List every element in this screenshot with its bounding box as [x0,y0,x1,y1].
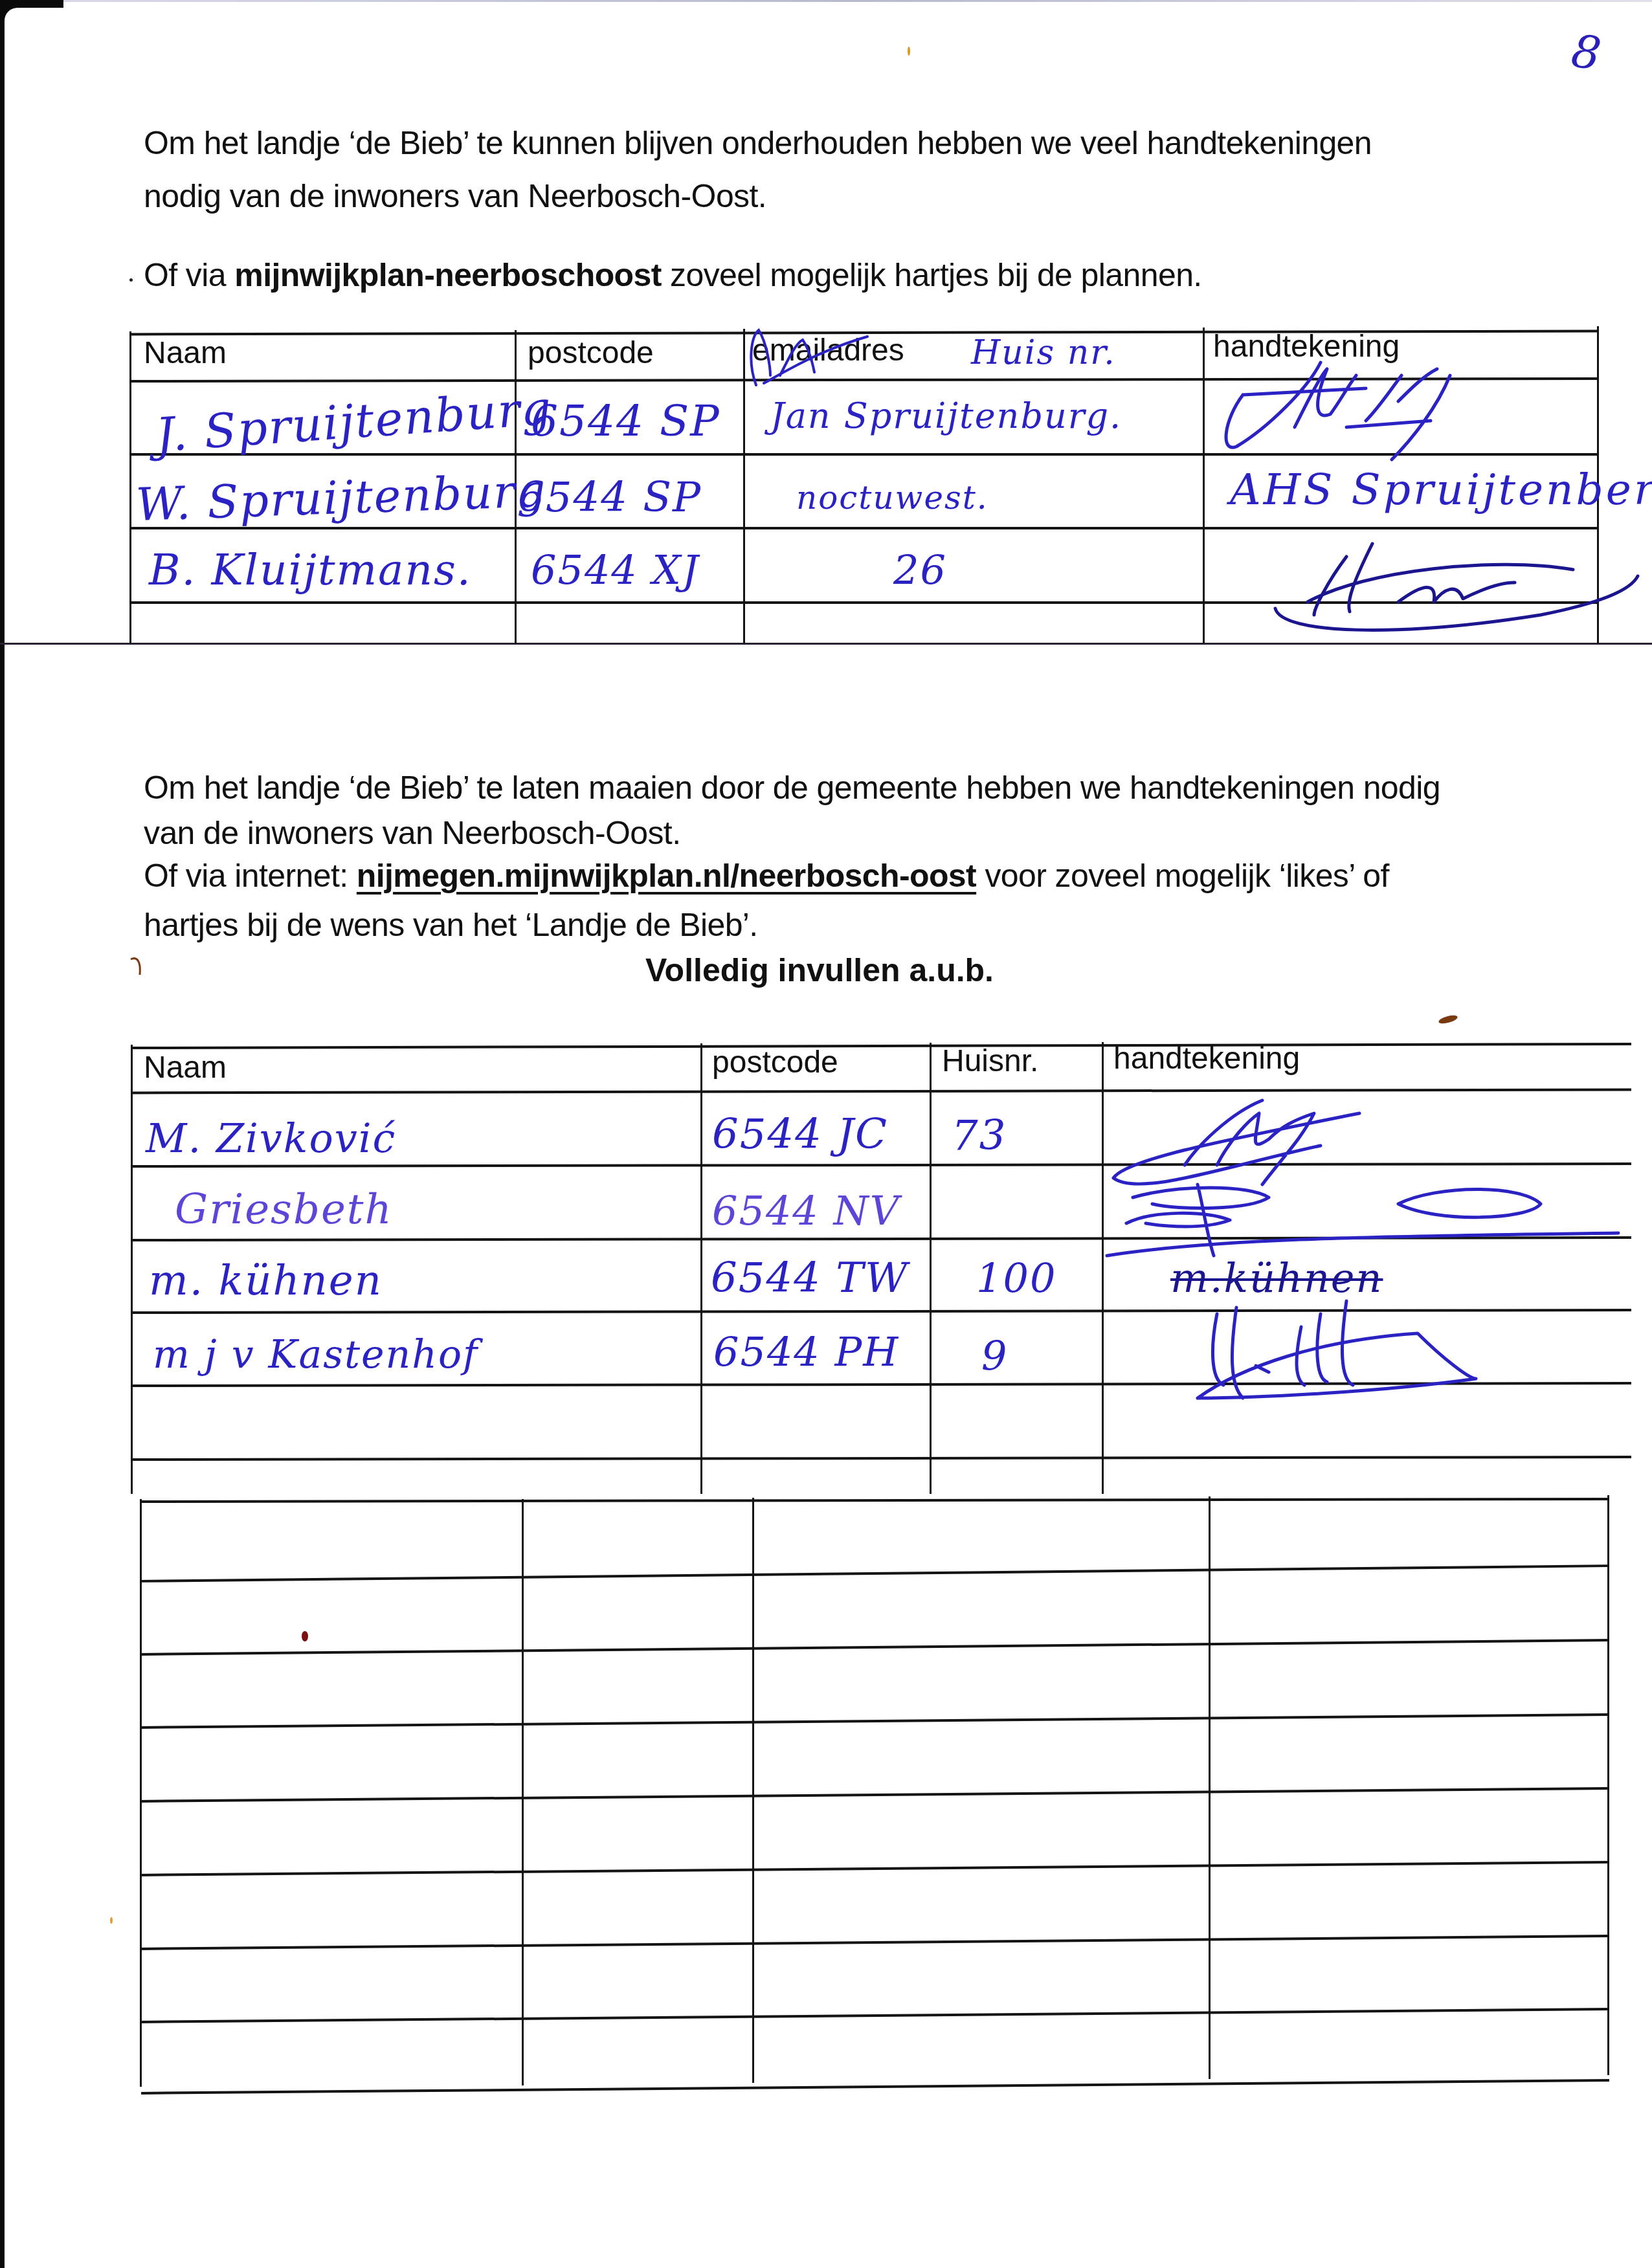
page-number: 8 [1568,24,1605,80]
table1-row3-postcode: 6544 XJ [531,550,700,590]
table1-row2-postcode: 6544 SP [518,478,702,518]
table1-row1-signature [1217,350,1515,479]
scan-speck [908,47,910,56]
table2-row3-name: m. kühnen [149,1261,383,1301]
table1-header-house-number-handwritten: Huis nr. [971,333,1116,373]
section2-line3-prefix: Of via internet: [144,858,357,894]
pencil-mark [129,955,149,981]
table2-row3-postcode: 6544 TW [711,1258,909,1298]
table1-row1-postcode: 6544 SP [531,401,720,441]
scan-speck [110,1917,113,1924]
section2-line3: Of via internet: nijmegen.mijnwijkplan.n… [144,860,1389,892]
table1-row2-address: noctuwest. [796,478,988,518]
table1-row2-signature: AHS Spruijtenberg [1230,470,1652,510]
ink-dot [302,1631,308,1641]
section2-line3-suffix: voor zoveel mogelijk ‘likes’ of [976,858,1389,894]
table2-row1-house-number: 73 [952,1116,1007,1156]
scan-edge-left [0,0,5,2268]
section1-line1: Om het landje ‘de Bieb’ te kunnen blijve… [144,127,1372,159]
email-header-strikethrough [744,324,887,388]
table1-header-postcode: postcode [528,338,654,369]
table2-header-signature: handtekening [1113,1043,1300,1074]
table1-row1-address: Jan Spruijtenburg. [770,396,1122,436]
table2-row4-name: m j v Kastenhof [153,1335,478,1375]
section1-line2: nodig van de inwoners van Neerbosch-Oost… [144,180,766,212]
table1-row2-name: W. Spruijtenburg [135,471,547,525]
bullet-dot [129,278,133,282]
table2-header-name: Naam [144,1052,227,1084]
section2-line4: hartjes bij de wens van het ‘Landje de B… [144,909,758,941]
table2-header-postcode: postcode [712,1047,838,1078]
table1-row3-address: 26 [893,550,947,590]
table2-row4-house-number: 9 [981,1336,1008,1376]
table1-row1-name: J. Spruijtenburg [155,388,553,456]
table2-row3-house-number: 100 [976,1258,1056,1298]
table2-row2-name: Griesbeth [175,1190,393,1230]
section1-line3: Of via mijnwijkplan-neerboschoost zoveel… [144,259,1202,291]
scan-top-line [63,0,1652,2]
section2-line2: van de inwoners van Neerbosch-Oost. [144,817,680,849]
table2-row4-signature [1191,1288,1489,1417]
section1-line3-prefix: Of via [144,257,234,293]
instruction-fill-in-completely: Volledig invullen a.u.b. [0,951,1646,989]
table1-header-name: Naam [144,338,227,369]
section2-line1: Om het landje ‘de Bieb’ te laten maaien … [144,772,1440,804]
table2-row4-postcode: 6544 PH [713,1332,899,1372]
ink-mark [1438,1014,1458,1025]
section1-line3-suffix: zoveel mogelijk hartjes bij de plannen. [662,257,1202,293]
table1-row3-signature [1269,531,1652,634]
table2-header-house-number: Huisnr. [942,1046,1038,1077]
table2-row1-name: M. Zivković [146,1118,396,1159]
scan-edge-top [0,0,63,8]
table2-row2-signature [1100,1159,1652,1269]
mijnwijkplan-link[interactable]: nijmegen.mijnwijkplan.nl/neerbosch-oost [357,858,976,894]
mijnwijkplan-reference: mijnwijkplan-neerboschoost [234,257,662,293]
table1-row3-name: B. Kluijtmans. [149,550,472,590]
table2-row2-postcode: 6544 NV [712,1191,900,1231]
table2-row1-postcode: 6544 JC [712,1115,888,1155]
